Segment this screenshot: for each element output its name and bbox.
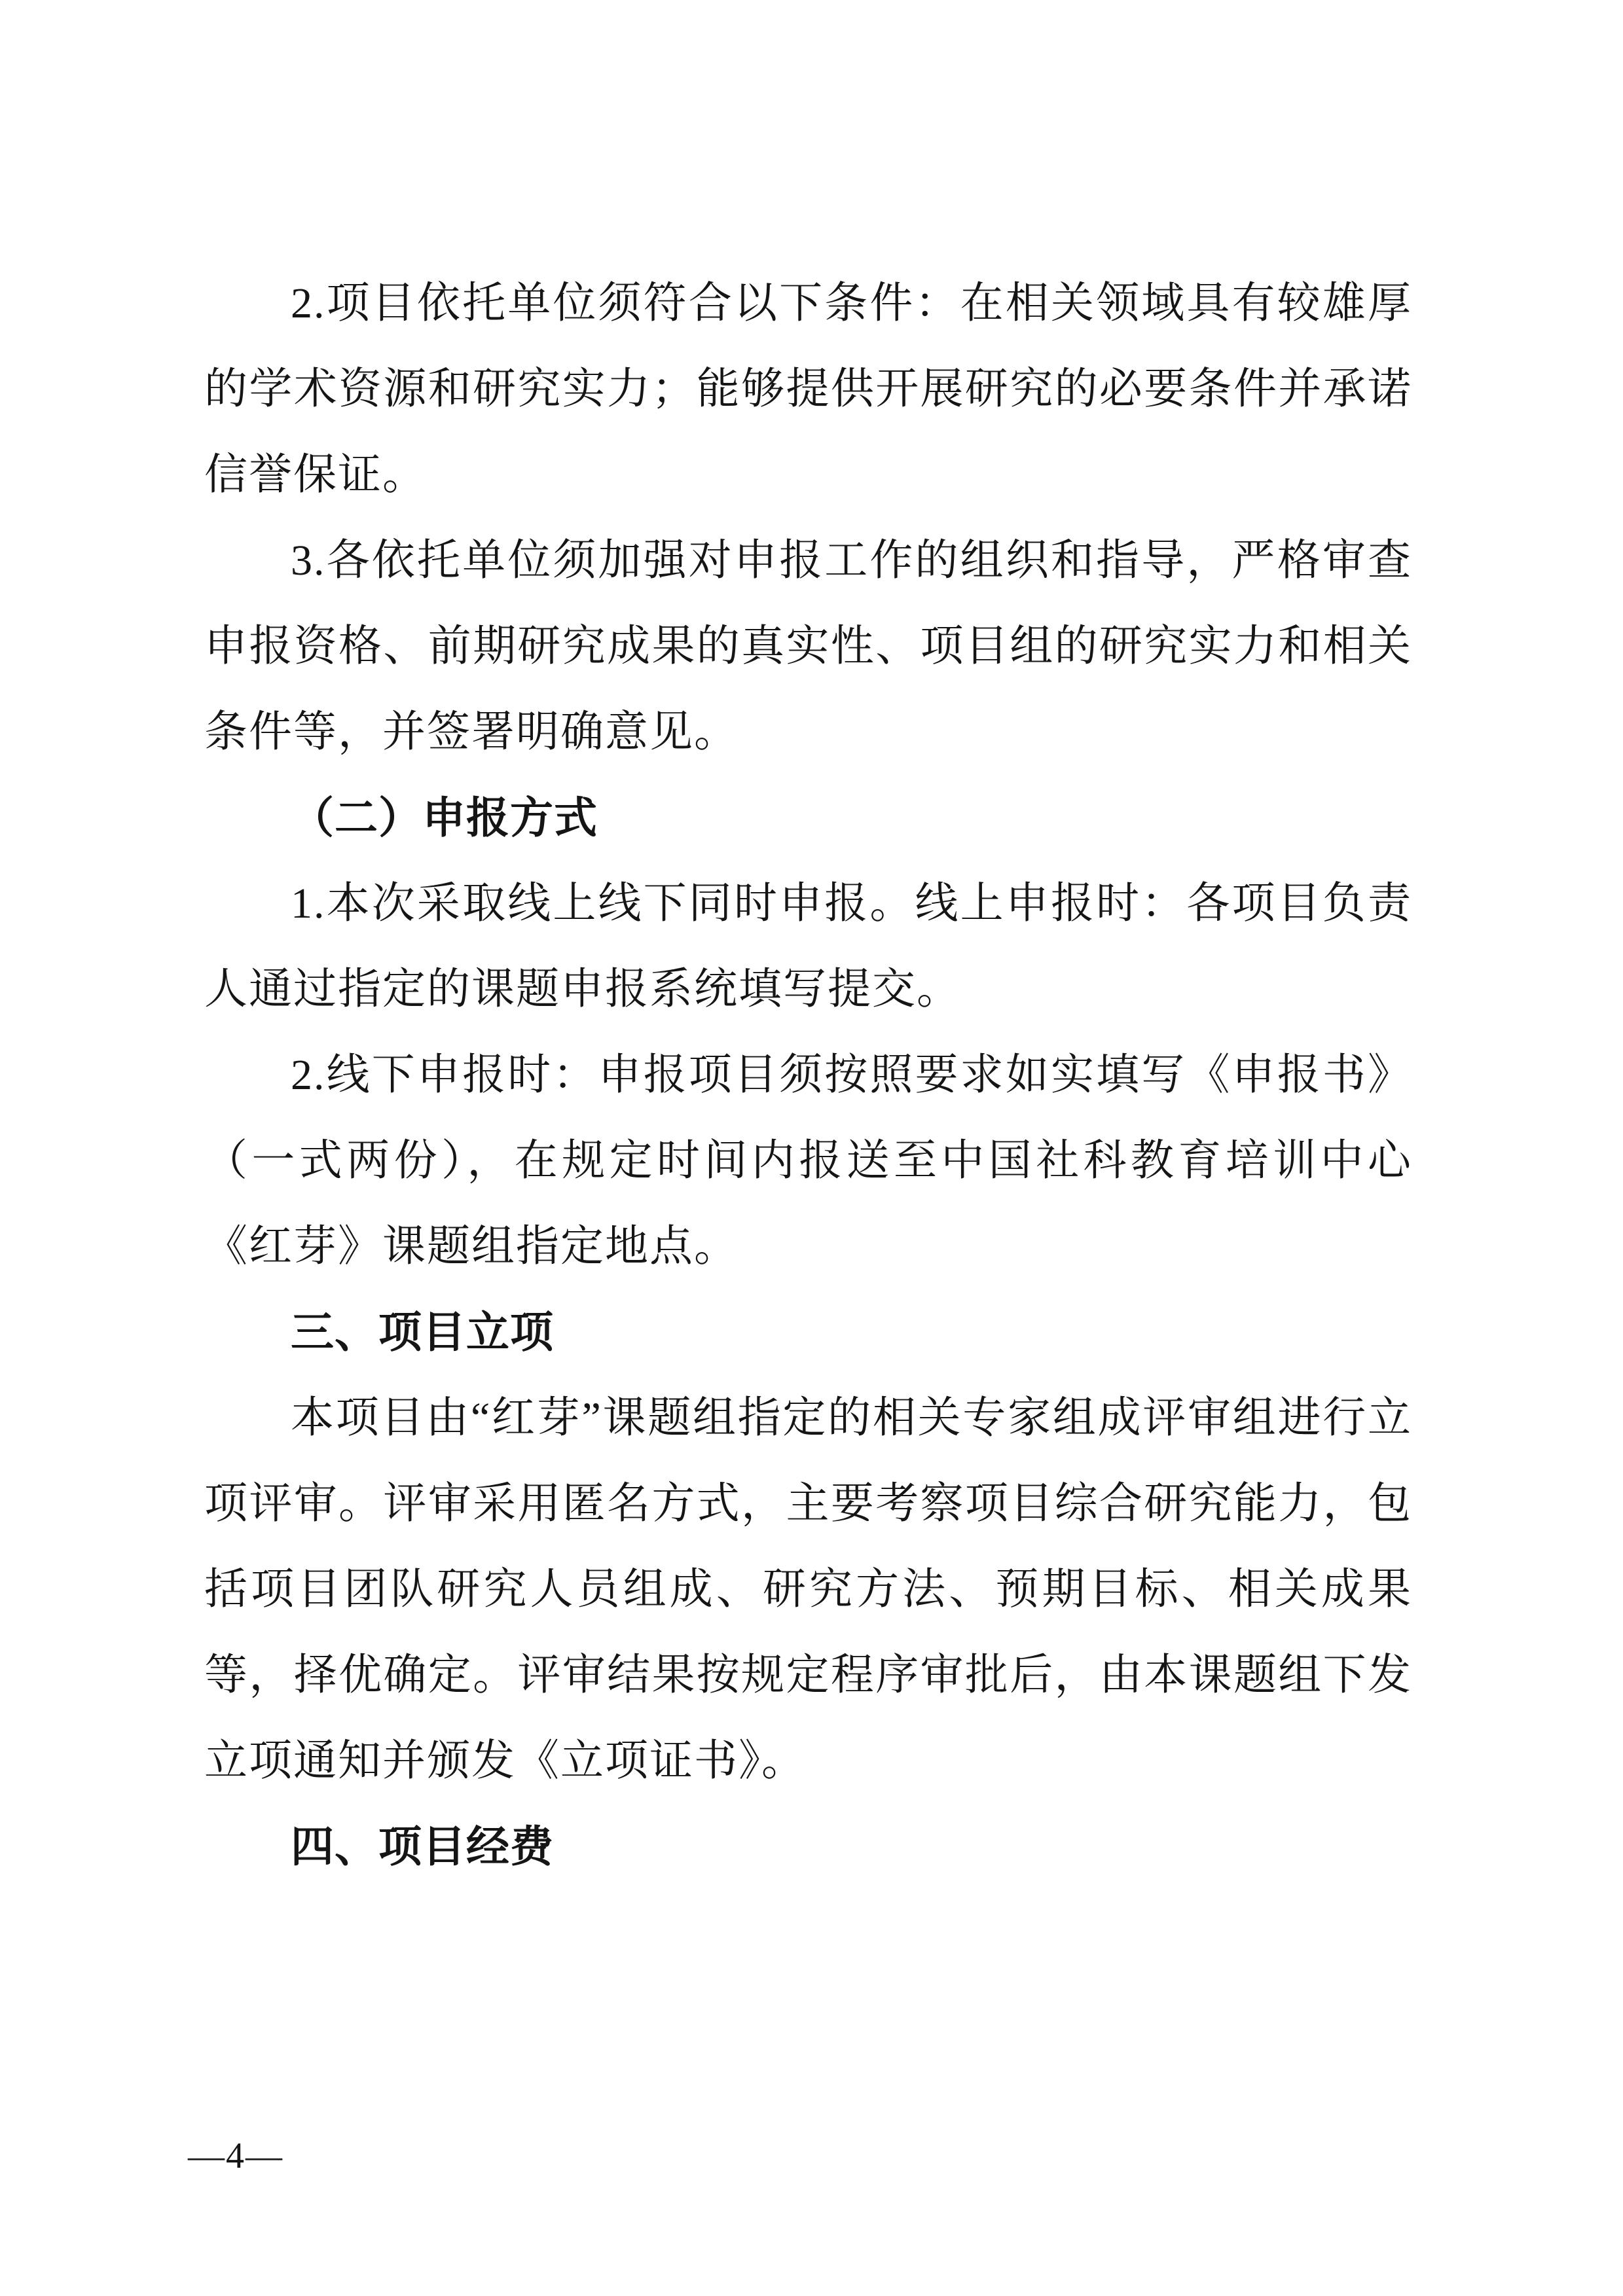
- heading-project-approval: 三、项目立项: [204, 1289, 1412, 1375]
- paragraph-offline-application: 2.线下申报时：申报项目须按照要求如实填写《申报书》（一式两份），在规定时间内报…: [204, 1032, 1412, 1289]
- document-page: 2.项目依托单位须符合以下条件：在相关领域具有较雄厚的学术资源和研究实力；能够提…: [0, 0, 1623, 2296]
- paragraph-online-application: 1.本次采取线上线下同时申报。线上申报时：各项目负责人通过指定的课题申报系统填写…: [204, 861, 1412, 1032]
- paragraph-approval-process: 本项目由“红芽”课题组指定的相关专家组成评审组进行立项评审。评审采用匿名方式，主…: [204, 1375, 1412, 1804]
- page-number: —4—: [188, 2135, 283, 2177]
- paragraph-unit-conditions: 2.项目依托单位须符合以下条件：在相关领域具有较雄厚的学术资源和研究实力；能够提…: [204, 260, 1412, 518]
- document-body: 2.项目依托单位须符合以下条件：在相关领域具有较雄厚的学术资源和研究实力；能够提…: [204, 260, 1412, 1890]
- paragraph-unit-duties: 3.各依托单位须加强对申报工作的组织和指导，严格审查申报资格、前期研究成果的真实…: [204, 518, 1412, 775]
- heading-application-method: （二）申报方式: [204, 775, 1412, 861]
- heading-project-funding: 四、项目经费: [204, 1804, 1412, 1890]
